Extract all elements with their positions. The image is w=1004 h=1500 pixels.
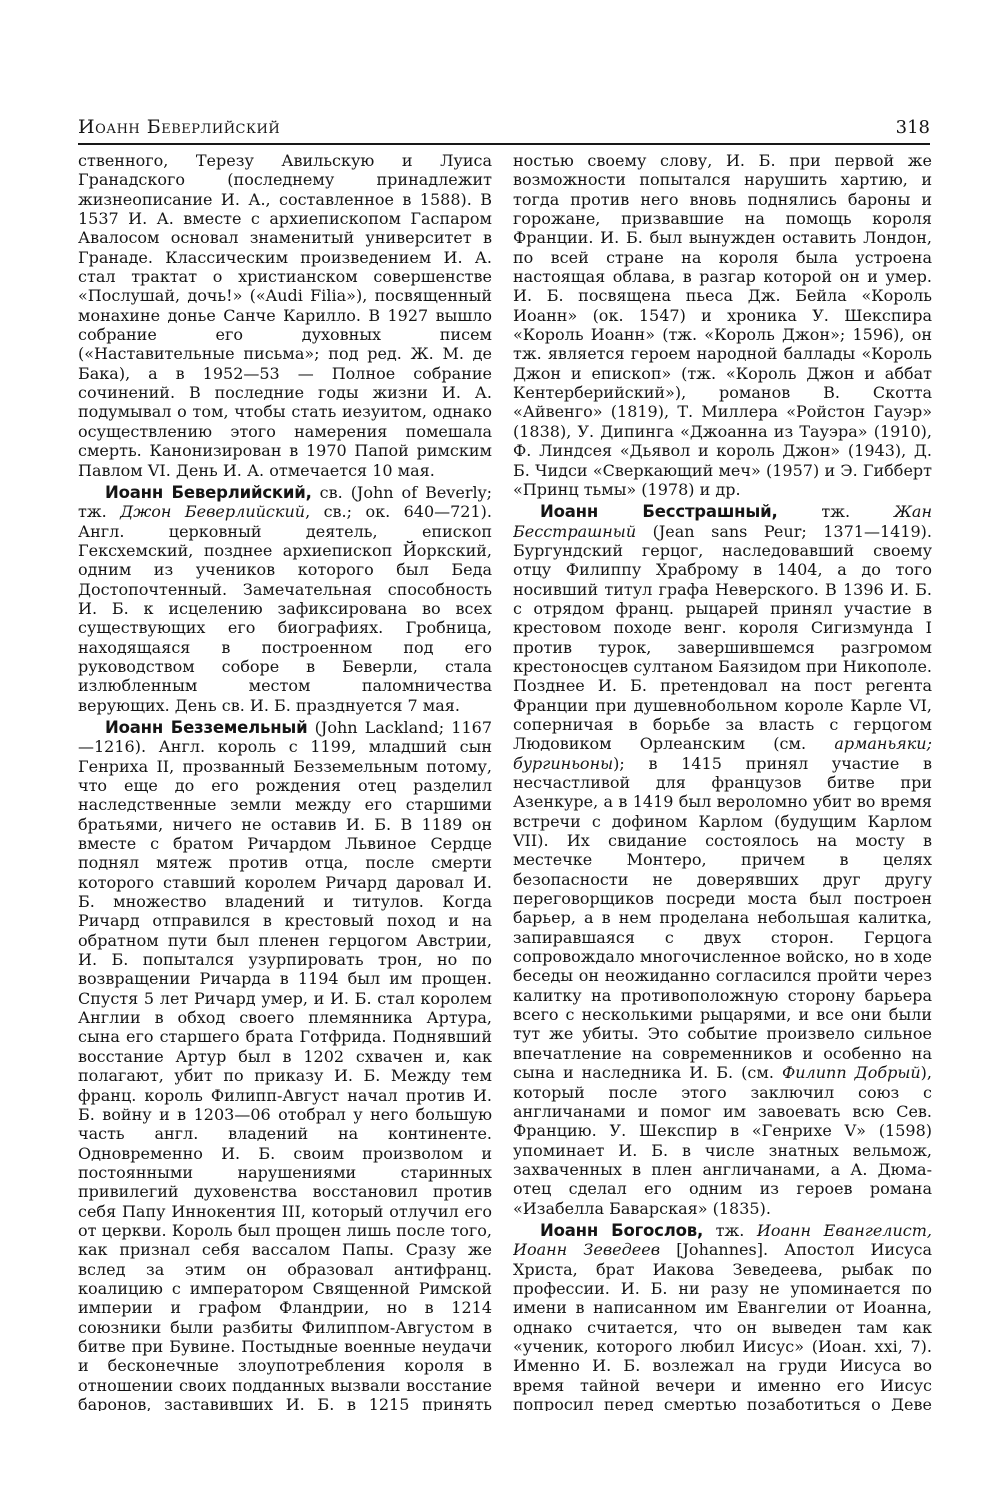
body-text: (John Lackland; 1167—1216). Англ. король… xyxy=(78,718,492,1411)
page-header: Иоанн Беверлийский 318 xyxy=(78,116,930,138)
body-text: [Johannes]. Апостол Иисуса Христа, брат … xyxy=(513,1240,932,1411)
article-ioann-avilsky-continuation: ственного, Терезу Авильскую и Луиса Гран… xyxy=(78,151,492,480)
entry-headword: Иоанн Богослов, xyxy=(540,1221,703,1240)
entry-ioann-beverliysky: Иоанн Беверлийский, св. (John of Beverly… xyxy=(78,483,492,715)
italic-term: Джон Беверлийский xyxy=(120,502,305,521)
body-text: ); в 1415 принял участие в несчастливой … xyxy=(513,754,932,1083)
body-text: , св.; ок. 640—721). Англ. церковный дея… xyxy=(78,502,492,714)
running-title: Иоанн Беверлийский xyxy=(78,116,280,138)
text-column-left: ственного, Терезу Авильскую и Луиса Гран… xyxy=(78,151,492,1411)
page-number: 318 xyxy=(896,117,930,138)
text-column-right: ностью своему слову, И. Б. при первой же… xyxy=(513,151,932,1411)
body-text: тж. xyxy=(703,1221,757,1240)
entry-headword: Иоанн Безземельный xyxy=(105,718,308,737)
body-text: ностью своему слову, И. Б. при первой же… xyxy=(513,151,932,499)
entry-headword: Иоанн Беверлийский, xyxy=(105,483,312,502)
body-text: (Jean sans Peur; 1371—1419). Бургундский… xyxy=(513,522,932,754)
italic-term: Филипп Добрый xyxy=(782,1063,921,1082)
entry-ioann-bezzemelny: Иоанн Безземельный (John Lackland; 1167—… xyxy=(78,718,492,1411)
body-text: тж. xyxy=(778,502,894,521)
entry-ioann-bogoslov: Иоанн Богослов, тж. Иоанн Евангелист, Ио… xyxy=(513,1221,932,1411)
entry-ioann-bezzemelny-continuation: ностью своему слову, И. Б. при первой же… xyxy=(513,151,932,499)
entry-headword: Иоанн Бесстрашный, xyxy=(540,502,778,521)
body-text: ), который после этого заключил союз с а… xyxy=(513,1063,932,1217)
body-text: ственного, Терезу Авильскую и Луиса Гран… xyxy=(78,151,492,480)
encyclopedia-page: Иоанн Беверлийский 318 ственного, Терезу… xyxy=(0,0,1004,1500)
header-rule xyxy=(78,143,930,145)
entry-ioann-besstrashny: Иоанн Бесстрашный, тж. Жан Бесстрашный (… xyxy=(513,502,932,1218)
